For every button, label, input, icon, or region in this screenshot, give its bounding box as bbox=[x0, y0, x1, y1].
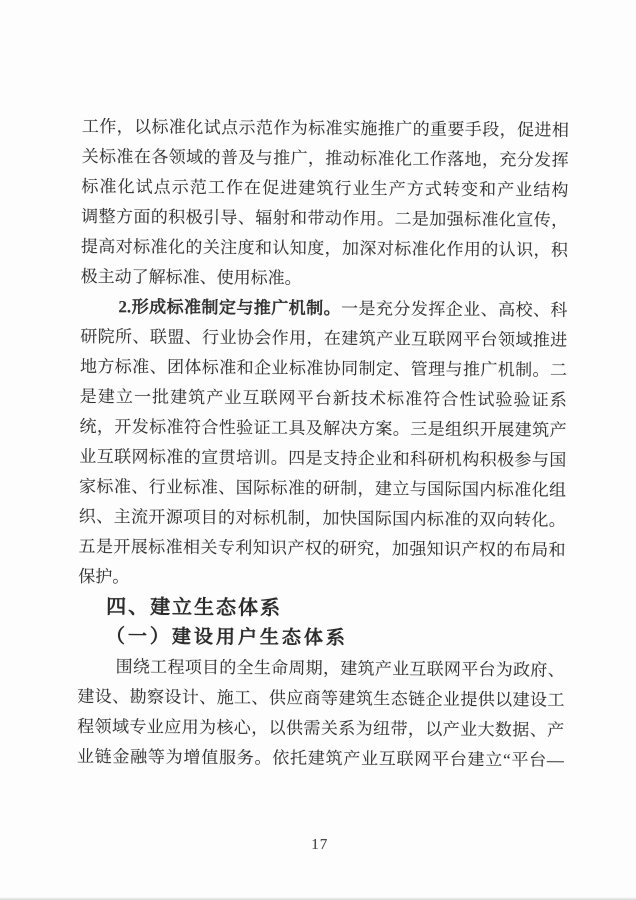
paragraph-start-line: 围绕工程项目的全生命周期，建筑产业互联网平台为政府、 bbox=[78, 652, 565, 686]
body-line: 统，开发标准符合性验证工具及解决方案。三是组织开展建筑产 bbox=[79, 412, 566, 446]
section-heading: 四、建立生态体系 bbox=[78, 592, 565, 626]
body-text: 一是充分发挥企业、高校、科 bbox=[341, 299, 568, 320]
numbered-item-title: 2.形成标准制定与推广机制。 bbox=[118, 297, 341, 318]
page-number: 17 bbox=[76, 830, 563, 860]
document-page: 工作，以标准化试点示范作为标准实施推广的重要手段，促进相 关标准在各领域的普及与… bbox=[0, 0, 636, 900]
body-line: 是建立一批建筑产业互联网平台新技术标准符合性试验验证系 bbox=[80, 382, 567, 416]
body-line: 工作，以标准化试点示范作为标准实施推广的重要手段，促进相 bbox=[82, 112, 569, 146]
subsection-heading: （一）建设用户生态体系 bbox=[78, 622, 565, 656]
body-line: 提高对标准化的关注度和认知度，加深对标准化作用的认识，积 bbox=[81, 232, 568, 266]
paragraph-end-line: 极主动了解标准、使用标准。 bbox=[81, 262, 568, 296]
paragraph-start-line: 2.形成标准制定与推广机制。一是充分发挥企业、高校、科 bbox=[80, 292, 567, 326]
body-line: 关标准在各领域的普及与推广，推动标准化工作落地，充分发挥 bbox=[82, 142, 569, 176]
body-line: 家标准、行业标准、国际标准的研制，建立与国际国内标准化组 bbox=[79, 472, 566, 506]
body-line: 建设、勘察设计、施工、供应商等建筑生态链企业提供以建设工 bbox=[77, 682, 564, 716]
body-line: 调整方面的积极引导、辐射和带动作用。二是加强标准化宣传， bbox=[81, 202, 568, 236]
body-line: 业互联网标准的宣贯培训。四是支持企业和科研机构积极参与国 bbox=[79, 442, 566, 476]
paragraph-end-line: 保护。 bbox=[78, 562, 565, 596]
body-line: 五是开展标准相关专利知识产权的研究，加强知识产权的布局和 bbox=[78, 532, 565, 566]
text-block: 工作，以标准化试点示范作为标准实施推广的重要手段，促进相 关标准在各领域的普及与… bbox=[76, 112, 569, 860]
body-line: 程领域专业应用为核心，以供需关系为纽带，以产业大数据、产 bbox=[77, 712, 564, 746]
body-line: 研院所、联盟、行业协会作用，在建筑产业互联网平台领域推进 bbox=[80, 322, 567, 356]
body-line: 地方标准、团体标准和企业标准协同制定、管理与推广机制。二 bbox=[80, 352, 567, 386]
body-line: 标准化试点示范工作在促进建筑行业生产方式转变和产业结构 bbox=[81, 172, 568, 206]
body-line: 织、主流开源项目的对标机制，加快国际国内标准的双向转化。 bbox=[79, 502, 566, 536]
body-line: 业链金融等为增值服务。依托建筑产业互联网平台建立“平台— bbox=[77, 742, 564, 776]
